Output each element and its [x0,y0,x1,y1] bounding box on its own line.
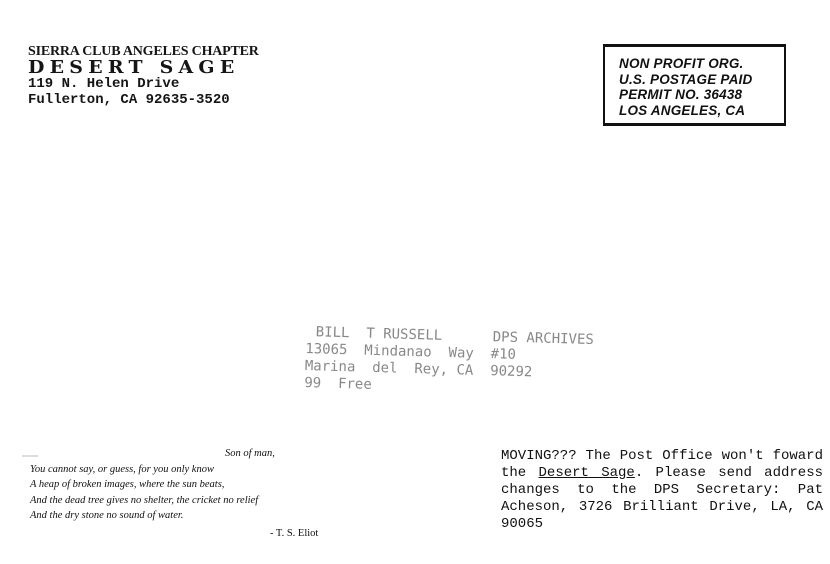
poem-quote: Son of man, You cannot say, or guess, fo… [30,446,340,541]
publication-title-underlined: Desert Sage [539,465,635,481]
recipient-note: DPS ARCHIVES [492,329,594,348]
poem-line: And the dead tree gives no shelter, the … [30,493,340,509]
recipient-address-label: BILL T RUSSELL DPS ARCHIVES 13065 Mindan… [304,324,594,400]
poem-line: A heap of broken images, where the sun b… [30,477,340,493]
postage-indicia: NON PROFIT ORG. U.S. POSTAGE PAID PERMIT… [603,44,786,126]
poem-line: And the dry stone no sound of water. [30,508,340,524]
indicia-line: U.S. POSTAGE PAID [619,72,784,88]
recipient-code: 99 Free [304,375,372,393]
publication-name: DESERT SAGE [28,59,270,76]
poem-attribution: - T. S. Eliot [30,526,340,542]
return-street: 119 N. Helen Drive [28,76,259,92]
moving-notice: MOVING??? The Post Office won't foward t… [501,448,823,533]
return-city: Fullerton, CA 92635-3520 [28,92,259,108]
return-address: SIERRA CLUB ANGELES CHAPTER DESERT SAGE … [28,44,259,108]
indicia-line: PERMIT NO. 36438 [619,87,784,103]
poem-line: Son of man, [30,446,340,462]
indicia-line: NON PROFIT ORG. [619,56,784,72]
indicia-line: LOS ANGELES, CA [619,103,784,119]
poem-line: You cannot say, or guess, for you only k… [30,462,340,478]
